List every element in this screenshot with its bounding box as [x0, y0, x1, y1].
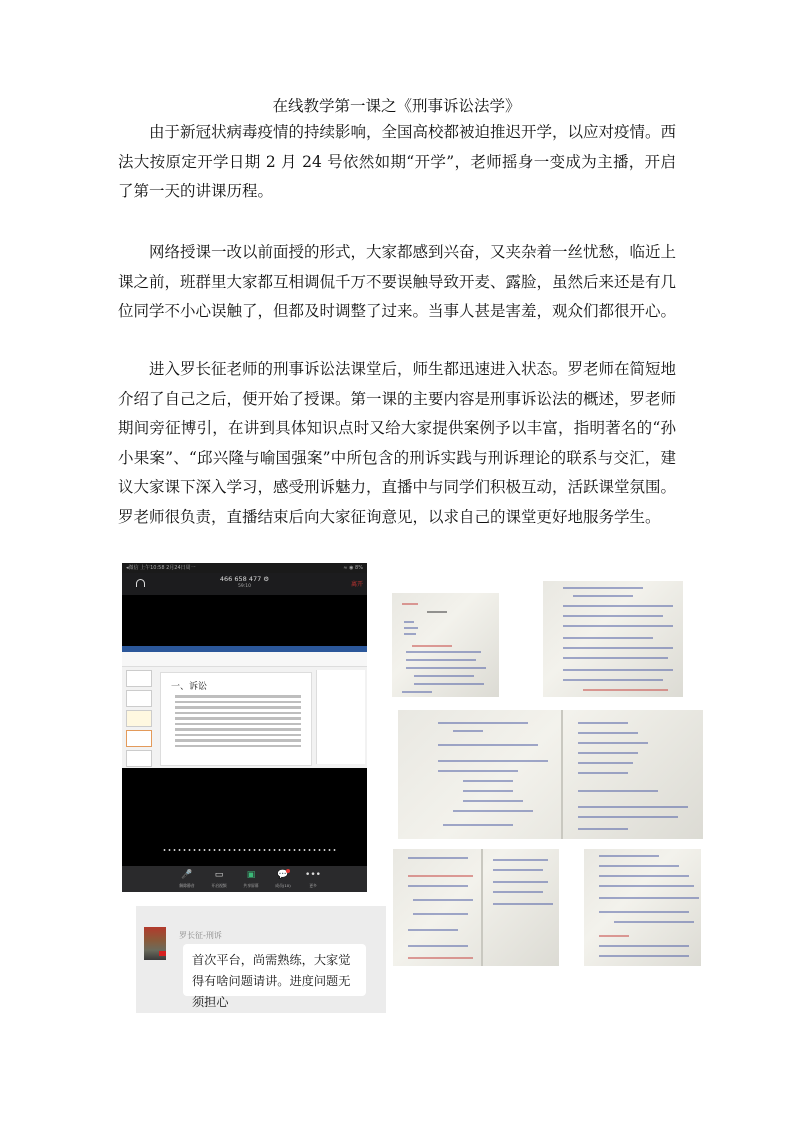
- document-title: 在线教学第一课之《刑事诉讼法学》: [0, 95, 793, 117]
- notebook-photo-4: [393, 849, 559, 966]
- meeting-timer: 59:10: [122, 584, 367, 589]
- meeting-toolbar: 🎤 解除静音 ▭ 开启视频 ▣ 共享屏幕 💬 成员(10) ••• 更多: [122, 866, 367, 892]
- notebook-photo-3: [398, 710, 703, 839]
- status-right: ≈ ◉ 8%: [343, 563, 363, 573]
- current-slide: 一、诉讼: [160, 672, 312, 766]
- leave-button: 离开: [351, 579, 363, 588]
- notebook-photo-1: [392, 593, 499, 697]
- share-screen-button: ▣ 共享屏幕: [236, 870, 266, 889]
- share-screen-icon: ▣: [236, 870, 266, 881]
- sender-name: 罗长征-刑诉: [179, 930, 222, 941]
- more-icon: •••: [298, 870, 328, 881]
- message-bubble: 首次平台，尚需熟练，大家觉得有啥问题请讲。进度问题无须担心: [183, 944, 366, 996]
- flag-icon: [159, 951, 166, 956]
- paragraph-2: 网络授课一改以前面授的形式，大家都感到兴奋，又夹杂着一丝忧愁，临近上课之前，班群…: [118, 238, 676, 327]
- video-button: ▭ 开启视频: [204, 870, 234, 889]
- notification-badge: [286, 869, 290, 873]
- slide-thumb: [126, 730, 152, 747]
- status-left: ◂微信 上午10:58 2月24日周一: [126, 565, 196, 571]
- notebook-photo-2: [543, 581, 683, 697]
- slide-thumb: [126, 750, 152, 767]
- notebook-photo-5: [584, 849, 701, 966]
- meeting-screenshot: ◂微信 上午10:58 2月24日周一 ≈ ◉ 8% 466 658 477 ⚙…: [122, 563, 367, 892]
- meeting-header: 466 658 477 ⚙ 59:10 离开: [122, 573, 367, 595]
- chat-icon: 💬: [268, 870, 298, 881]
- shared-screen: 一、诉讼: [122, 646, 367, 768]
- message-text: 首次平台，尚需熟练，大家觉得有啥问题请讲。进度问题无须担心: [192, 950, 362, 1013]
- camera-off-icon: ▭: [204, 870, 234, 881]
- mic-off-icon: 🎤: [172, 870, 202, 881]
- meeting-id: 466 658 477 ⚙: [122, 575, 367, 583]
- slide-thumb: [126, 690, 152, 707]
- page-dots: [162, 849, 337, 851]
- slide-thumbnails: [126, 670, 152, 764]
- side-pane: [316, 670, 365, 764]
- app-toolbar: [122, 652, 367, 667]
- chat-screenshot: 罗长征-刑诉 首次平台，尚需熟练，大家觉得有啥问题请讲。进度问题无须担心: [136, 906, 386, 1013]
- more-button: ••• 更多: [298, 870, 328, 889]
- paragraph-1: 由于新冠状病毒疫情的持续影响，全国高校都被迫推迟开学，以应对疫情。西法大按原定开…: [118, 118, 676, 207]
- avatar: [144, 927, 166, 960]
- members-button: 💬 成员(10): [268, 870, 298, 889]
- slide-thumb: [126, 710, 152, 727]
- paragraph-3: 进入罗长征老师的刑事诉讼法课堂后，师生都迅速进入状态。罗老师在简短地介绍了自己之…: [118, 355, 676, 533]
- unmute-button: 🎤 解除静音: [172, 870, 202, 889]
- slide-title: 一、诉讼: [171, 679, 311, 692]
- status-bar: ◂微信 上午10:58 2月24日周一 ≈ ◉ 8%: [122, 563, 367, 573]
- slide-thumb: [126, 670, 152, 687]
